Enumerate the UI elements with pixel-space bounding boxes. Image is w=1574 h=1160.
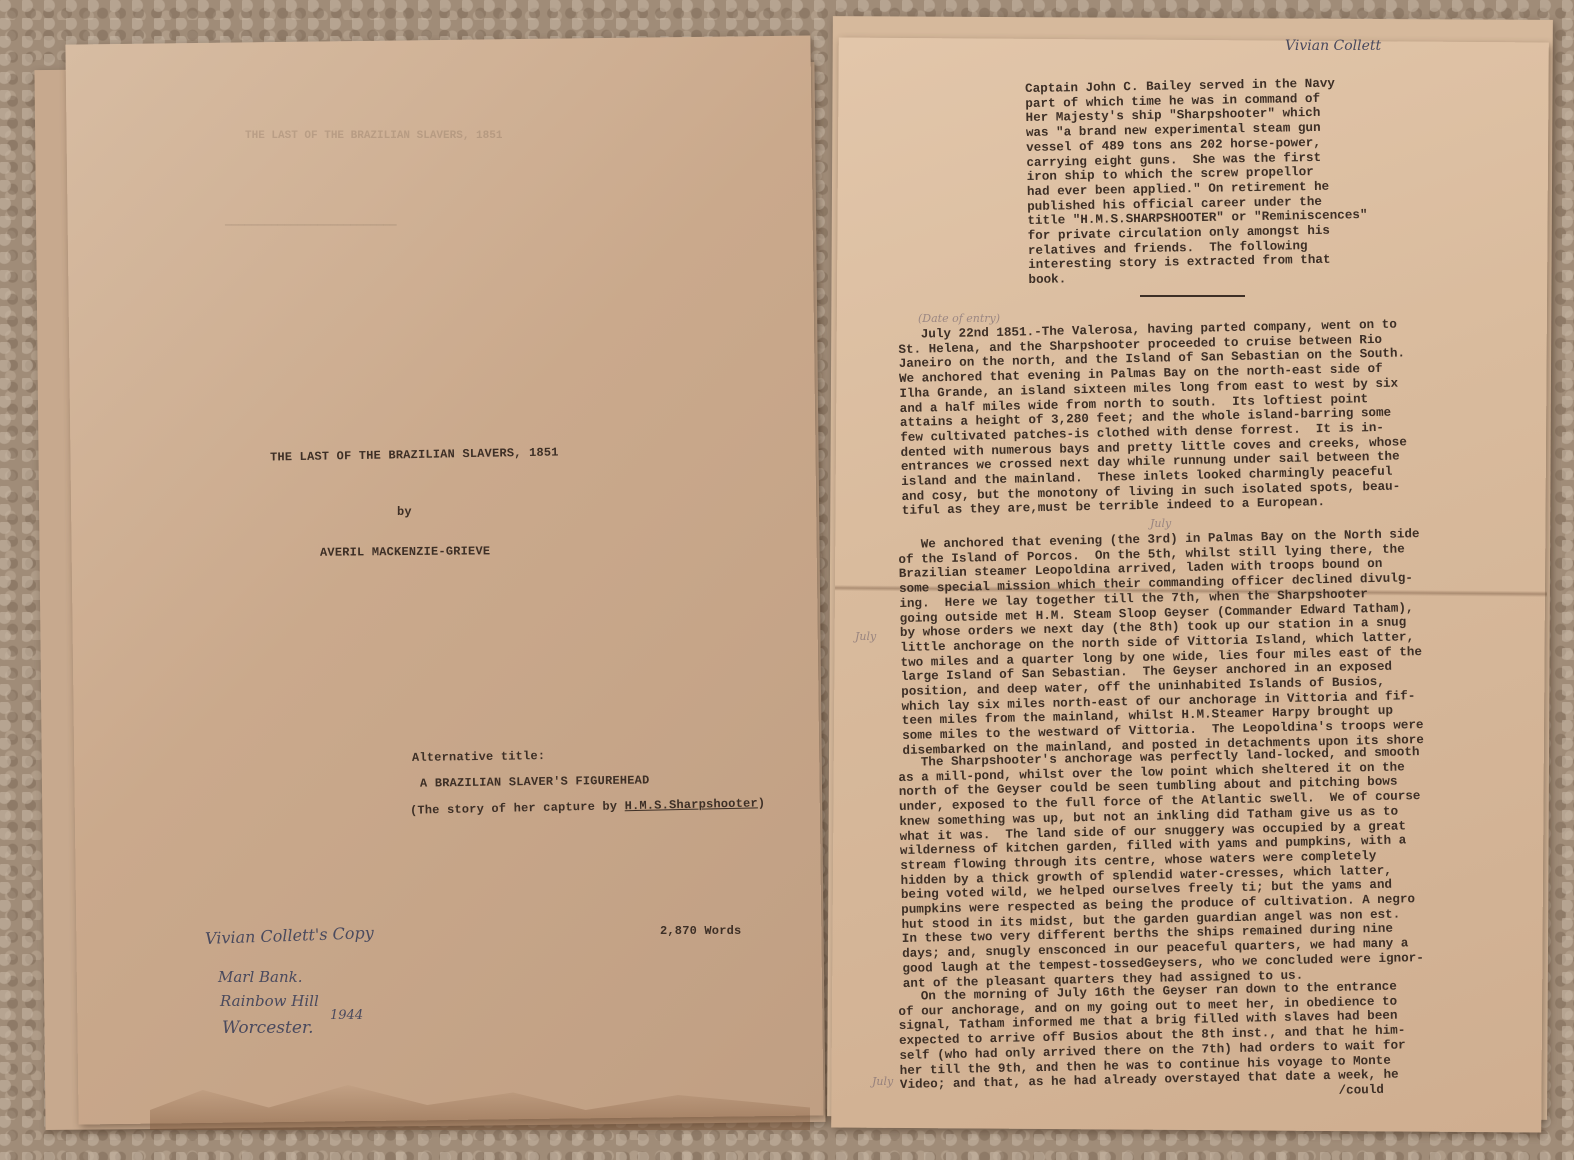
- document-author: AVERIL MACKENZIE-GRIEVE: [320, 544, 490, 559]
- paragraph-anchorage: The Sharpshooter's anchorage was perfect…: [898, 743, 1503, 991]
- section-divider: [1140, 295, 1245, 297]
- show-through-text: ——————————————————————————: [225, 220, 397, 232]
- paragraph-palmas-bay: We anchored that evening (the 3rd) in Pa…: [898, 525, 1502, 758]
- handwritten-address-line3: Worcester.: [222, 1018, 314, 1038]
- subtitle-suffix: ): [758, 796, 766, 810]
- paragraph-july-22: July 22nd 1851.-The Valerosa, having par…: [898, 315, 1502, 519]
- paragraph-july-16: On the morning of July 16th the Geyser r…: [898, 977, 1500, 1107]
- subtitle-ship-name: H.M.S.Sharpshooter: [624, 796, 757, 813]
- left-document-title-page: [65, 35, 823, 1124]
- intro-paragraph: Captain John C. Bailey served in the Nav…: [1025, 75, 1429, 288]
- handwritten-address-line2: Rainbow Hill: [220, 992, 319, 1010]
- handwritten-address-line1: Marl Bank.: [218, 968, 303, 986]
- handwritten-signature: Vivian Collett: [1285, 38, 1381, 54]
- margin-note-july-3: July: [872, 1075, 893, 1088]
- margin-note-date-of-entry: (Date of entry): [918, 312, 1000, 325]
- handwritten-year: 1944: [330, 1008, 363, 1023]
- alternative-title-label: Alternative title:: [412, 749, 545, 765]
- margin-note-july-2: July: [855, 630, 876, 643]
- show-through-heading: THE LAST OF THE BRAZILIAN SLAVERS, 1851: [245, 130, 502, 142]
- byline-by: by: [397, 505, 412, 519]
- word-count: 2,870 Words: [660, 924, 741, 938]
- margin-note-july: July: [1150, 517, 1171, 530]
